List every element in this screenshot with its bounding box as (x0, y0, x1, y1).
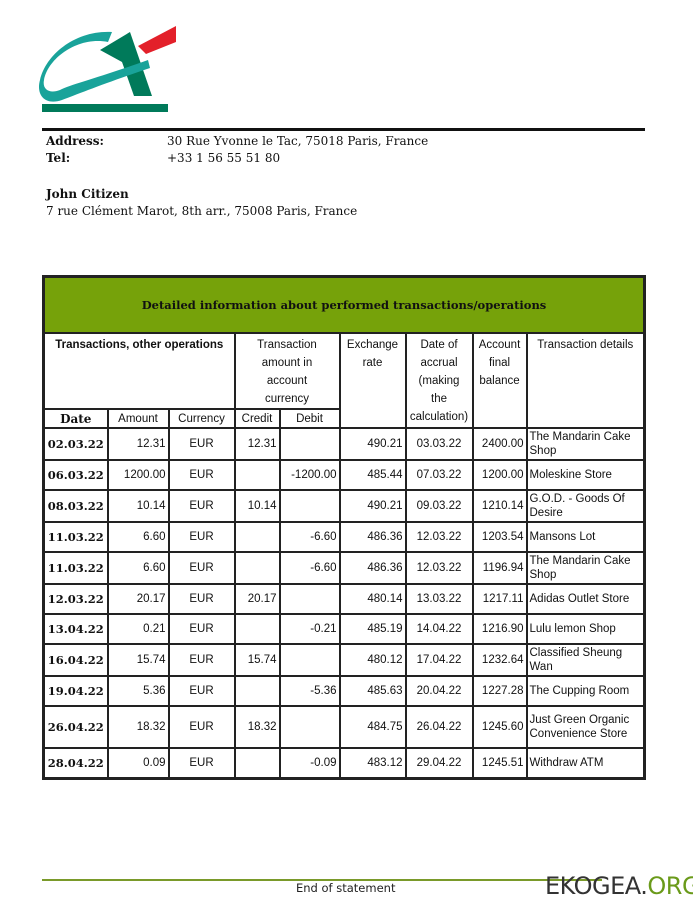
branch-address: 30 Rue Yvonne le Tac, 75018 Paris, Franc… (167, 133, 428, 150)
currency-cell: EUR (169, 676, 235, 706)
table-row: 06.03.221200.00EUR-1200.00485.4407.03.22… (44, 460, 645, 490)
date-cell: 16.04.22 (44, 644, 108, 676)
amount-cell: 0.21 (108, 614, 169, 644)
accrual-date-cell: 13.03.22 (406, 584, 473, 614)
currency-cell: EUR (169, 584, 235, 614)
currency-cell: EUR (169, 644, 235, 676)
table-row: 02.03.2212.31EUR12.31490.2103.03.222400.… (44, 428, 645, 460)
credit-cell (235, 676, 280, 706)
balance-cell: 2400.00 (473, 428, 527, 460)
debit-cell (280, 706, 340, 748)
header-transaction-amount: Transaction amount in account currency (235, 333, 340, 409)
accrual-date-cell: 14.04.22 (406, 614, 473, 644)
credit-cell (235, 522, 280, 552)
details-cell: Moleskine Store (527, 460, 645, 490)
credit-cell: 10.14 (235, 490, 280, 522)
amount-cell: 6.60 (108, 522, 169, 552)
balance-cell: 1232.64 (473, 644, 527, 676)
date-cell: 28.04.22 (44, 748, 108, 779)
header-account-final-balance: Account final balance (473, 333, 527, 428)
debit-cell (280, 584, 340, 614)
header-divider (42, 128, 645, 131)
details-cell: Classified Sheung Wan (527, 644, 645, 676)
tel-label: Tel: (46, 150, 167, 167)
header-account-final-balance-text: Account final balance (477, 336, 523, 390)
exchange-rate-cell: 486.36 (340, 522, 406, 552)
exchange-rate-cell: 485.44 (340, 460, 406, 490)
header-credit: Credit (235, 409, 280, 428)
watermark-brand: EKOGEA.ORG (545, 872, 693, 900)
credit-cell: 15.74 (235, 644, 280, 676)
transactions-table: Detailed information about performed tra… (42, 275, 646, 780)
currency-cell: EUR (169, 748, 235, 779)
header-transaction-amount-text: Transaction amount in account currency (252, 336, 322, 408)
details-cell: The Cupping Room (527, 676, 645, 706)
header-date-of-accrual: Date of accrual (making the calculation) (406, 333, 473, 428)
credit-cell (235, 460, 280, 490)
table-row: 11.03.226.60EUR-6.60486.3612.03.221196.9… (44, 552, 645, 584)
date-cell: 12.03.22 (44, 584, 108, 614)
table-row: 28.04.220.09EUR-0.09483.1229.04.221245.5… (44, 748, 645, 779)
transactions-body: 02.03.2212.31EUR12.31490.2103.03.222400.… (44, 428, 645, 779)
accrual-date-cell: 29.04.22 (406, 748, 473, 779)
date-cell: 08.03.22 (44, 490, 108, 522)
date-cell: 13.04.22 (44, 614, 108, 644)
customer-info: John Citizen 7 rue Clément Marot, 8th ar… (46, 186, 357, 220)
credit-cell: 12.31 (235, 428, 280, 460)
date-cell: 26.04.22 (44, 706, 108, 748)
balance-cell: 1227.28 (473, 676, 527, 706)
table-row: 08.03.2210.14EUR10.14490.2109.03.221210.… (44, 490, 645, 522)
debit-cell: -0.09 (280, 748, 340, 779)
credit-cell: 18.32 (235, 706, 280, 748)
end-of-statement: End of statement (296, 881, 395, 895)
header-exchange-rate: Exchange rate (340, 333, 406, 428)
debit-cell: -6.60 (280, 522, 340, 552)
table-row: 11.03.226.60EUR-6.60486.3612.03.221203.5… (44, 522, 645, 552)
details-cell: The Mandarin Cake Shop (527, 428, 645, 460)
details-cell: Lulu lemon Shop (527, 614, 645, 644)
debit-cell: -5.36 (280, 676, 340, 706)
header-date-of-accrual-text: Date of accrual (making the calculation) (409, 336, 469, 426)
table-row: 13.04.220.21EUR-0.21485.1914.04.221216.9… (44, 614, 645, 644)
amount-cell: 0.09 (108, 748, 169, 779)
balance-cell: 1200.00 (473, 460, 527, 490)
accrual-date-cell: 12.03.22 (406, 522, 473, 552)
debit-cell (280, 644, 340, 676)
amount-cell: 15.74 (108, 644, 169, 676)
logo-green-bar (42, 104, 168, 112)
branch-info: Address: 30 Rue Yvonne le Tac, 75018 Par… (46, 133, 428, 167)
table-row: 16.04.2215.74EUR15.74480.1217.04.221232.… (44, 644, 645, 676)
currency-cell: EUR (169, 522, 235, 552)
balance-cell: 1245.51 (473, 748, 527, 779)
currency-cell: EUR (169, 460, 235, 490)
branch-tel: +33 1 56 55 51 80 (167, 150, 280, 167)
header-currency: Currency (169, 409, 235, 428)
currency-cell: EUR (169, 490, 235, 522)
table-row: 12.03.2220.17EUR20.17480.1413.03.221217.… (44, 584, 645, 614)
balance-cell: 1196.94 (473, 552, 527, 584)
date-cell: 11.03.22 (44, 552, 108, 584)
currency-cell: EUR (169, 428, 235, 460)
balance-cell: 1216.90 (473, 614, 527, 644)
balance-cell: 1210.14 (473, 490, 527, 522)
accrual-date-cell: 03.03.22 (406, 428, 473, 460)
amount-cell: 10.14 (108, 490, 169, 522)
accrual-date-cell: 07.03.22 (406, 460, 473, 490)
date-cell: 02.03.22 (44, 428, 108, 460)
table-row: 26.04.2218.32EUR18.32484.7526.04.221245.… (44, 706, 645, 748)
date-cell: 11.03.22 (44, 522, 108, 552)
exchange-rate-cell: 485.63 (340, 676, 406, 706)
amount-cell: 18.32 (108, 706, 169, 748)
customer-address: 7 rue Clément Marot, 8th arr., 75008 Par… (46, 203, 357, 220)
credit-cell (235, 614, 280, 644)
header-debit: Debit (280, 409, 340, 428)
exchange-rate-cell: 486.36 (340, 552, 406, 584)
debit-cell: -0.21 (280, 614, 340, 644)
details-cell: Adidas Outlet Store (527, 584, 645, 614)
header-date: Date (44, 409, 108, 428)
header-exchange-rate-text: Exchange rate (345, 336, 401, 372)
credit-cell (235, 552, 280, 584)
amount-cell: 20.17 (108, 584, 169, 614)
amount-cell: 12.31 (108, 428, 169, 460)
exchange-rate-cell: 480.14 (340, 584, 406, 614)
date-cell: 19.04.22 (44, 676, 108, 706)
details-cell: The Mandarin Cake Shop (527, 552, 645, 584)
brand-main: EKOGEA. (545, 872, 647, 900)
currency-cell: EUR (169, 614, 235, 644)
balance-cell: 1203.54 (473, 522, 527, 552)
details-cell: Mansons Lot (527, 522, 645, 552)
debit-cell (280, 490, 340, 522)
table-row: 19.04.225.36EUR-5.36485.6320.04.221227.2… (44, 676, 645, 706)
balance-cell: 1245.60 (473, 706, 527, 748)
header-amount: Amount (108, 409, 169, 428)
amount-cell: 1200.00 (108, 460, 169, 490)
header-transaction-details: Transaction details (527, 333, 645, 428)
accrual-date-cell: 26.04.22 (406, 706, 473, 748)
exchange-rate-cell: 485.19 (340, 614, 406, 644)
balance-cell: 1217.11 (473, 584, 527, 614)
accrual-date-cell: 09.03.22 (406, 490, 473, 522)
amount-cell: 5.36 (108, 676, 169, 706)
amount-cell: 6.60 (108, 552, 169, 584)
table-title: Detailed information about performed tra… (44, 277, 645, 334)
brand-suffix: ORG (647, 872, 693, 900)
exchange-rate-cell: 484.75 (340, 706, 406, 748)
exchange-rate-cell: 480.12 (340, 644, 406, 676)
customer-name: John Citizen (46, 186, 357, 203)
accrual-date-cell: 20.04.22 (406, 676, 473, 706)
date-cell: 06.03.22 (44, 460, 108, 490)
exchange-rate-cell: 483.12 (340, 748, 406, 779)
accrual-date-cell: 17.04.22 (406, 644, 473, 676)
exchange-rate-cell: 490.21 (340, 490, 406, 522)
currency-cell: EUR (169, 552, 235, 584)
bank-logo (38, 24, 178, 116)
header-transactions: Transactions, other operations (44, 333, 235, 409)
debit-cell (280, 428, 340, 460)
details-cell: G.O.D. - Goods Of Desire (527, 490, 645, 522)
address-label: Address: (46, 133, 167, 150)
debit-cell: -1200.00 (280, 460, 340, 490)
debit-cell: -6.60 (280, 552, 340, 584)
accrual-date-cell: 12.03.22 (406, 552, 473, 584)
credit-cell (235, 748, 280, 779)
credit-cell: 20.17 (235, 584, 280, 614)
details-cell: Just Green Organic Convenience Store (527, 706, 645, 748)
currency-cell: EUR (169, 706, 235, 748)
details-cell: Withdraw ATM (527, 748, 645, 779)
logo-red-stripe (138, 26, 176, 54)
exchange-rate-cell: 490.21 (340, 428, 406, 460)
